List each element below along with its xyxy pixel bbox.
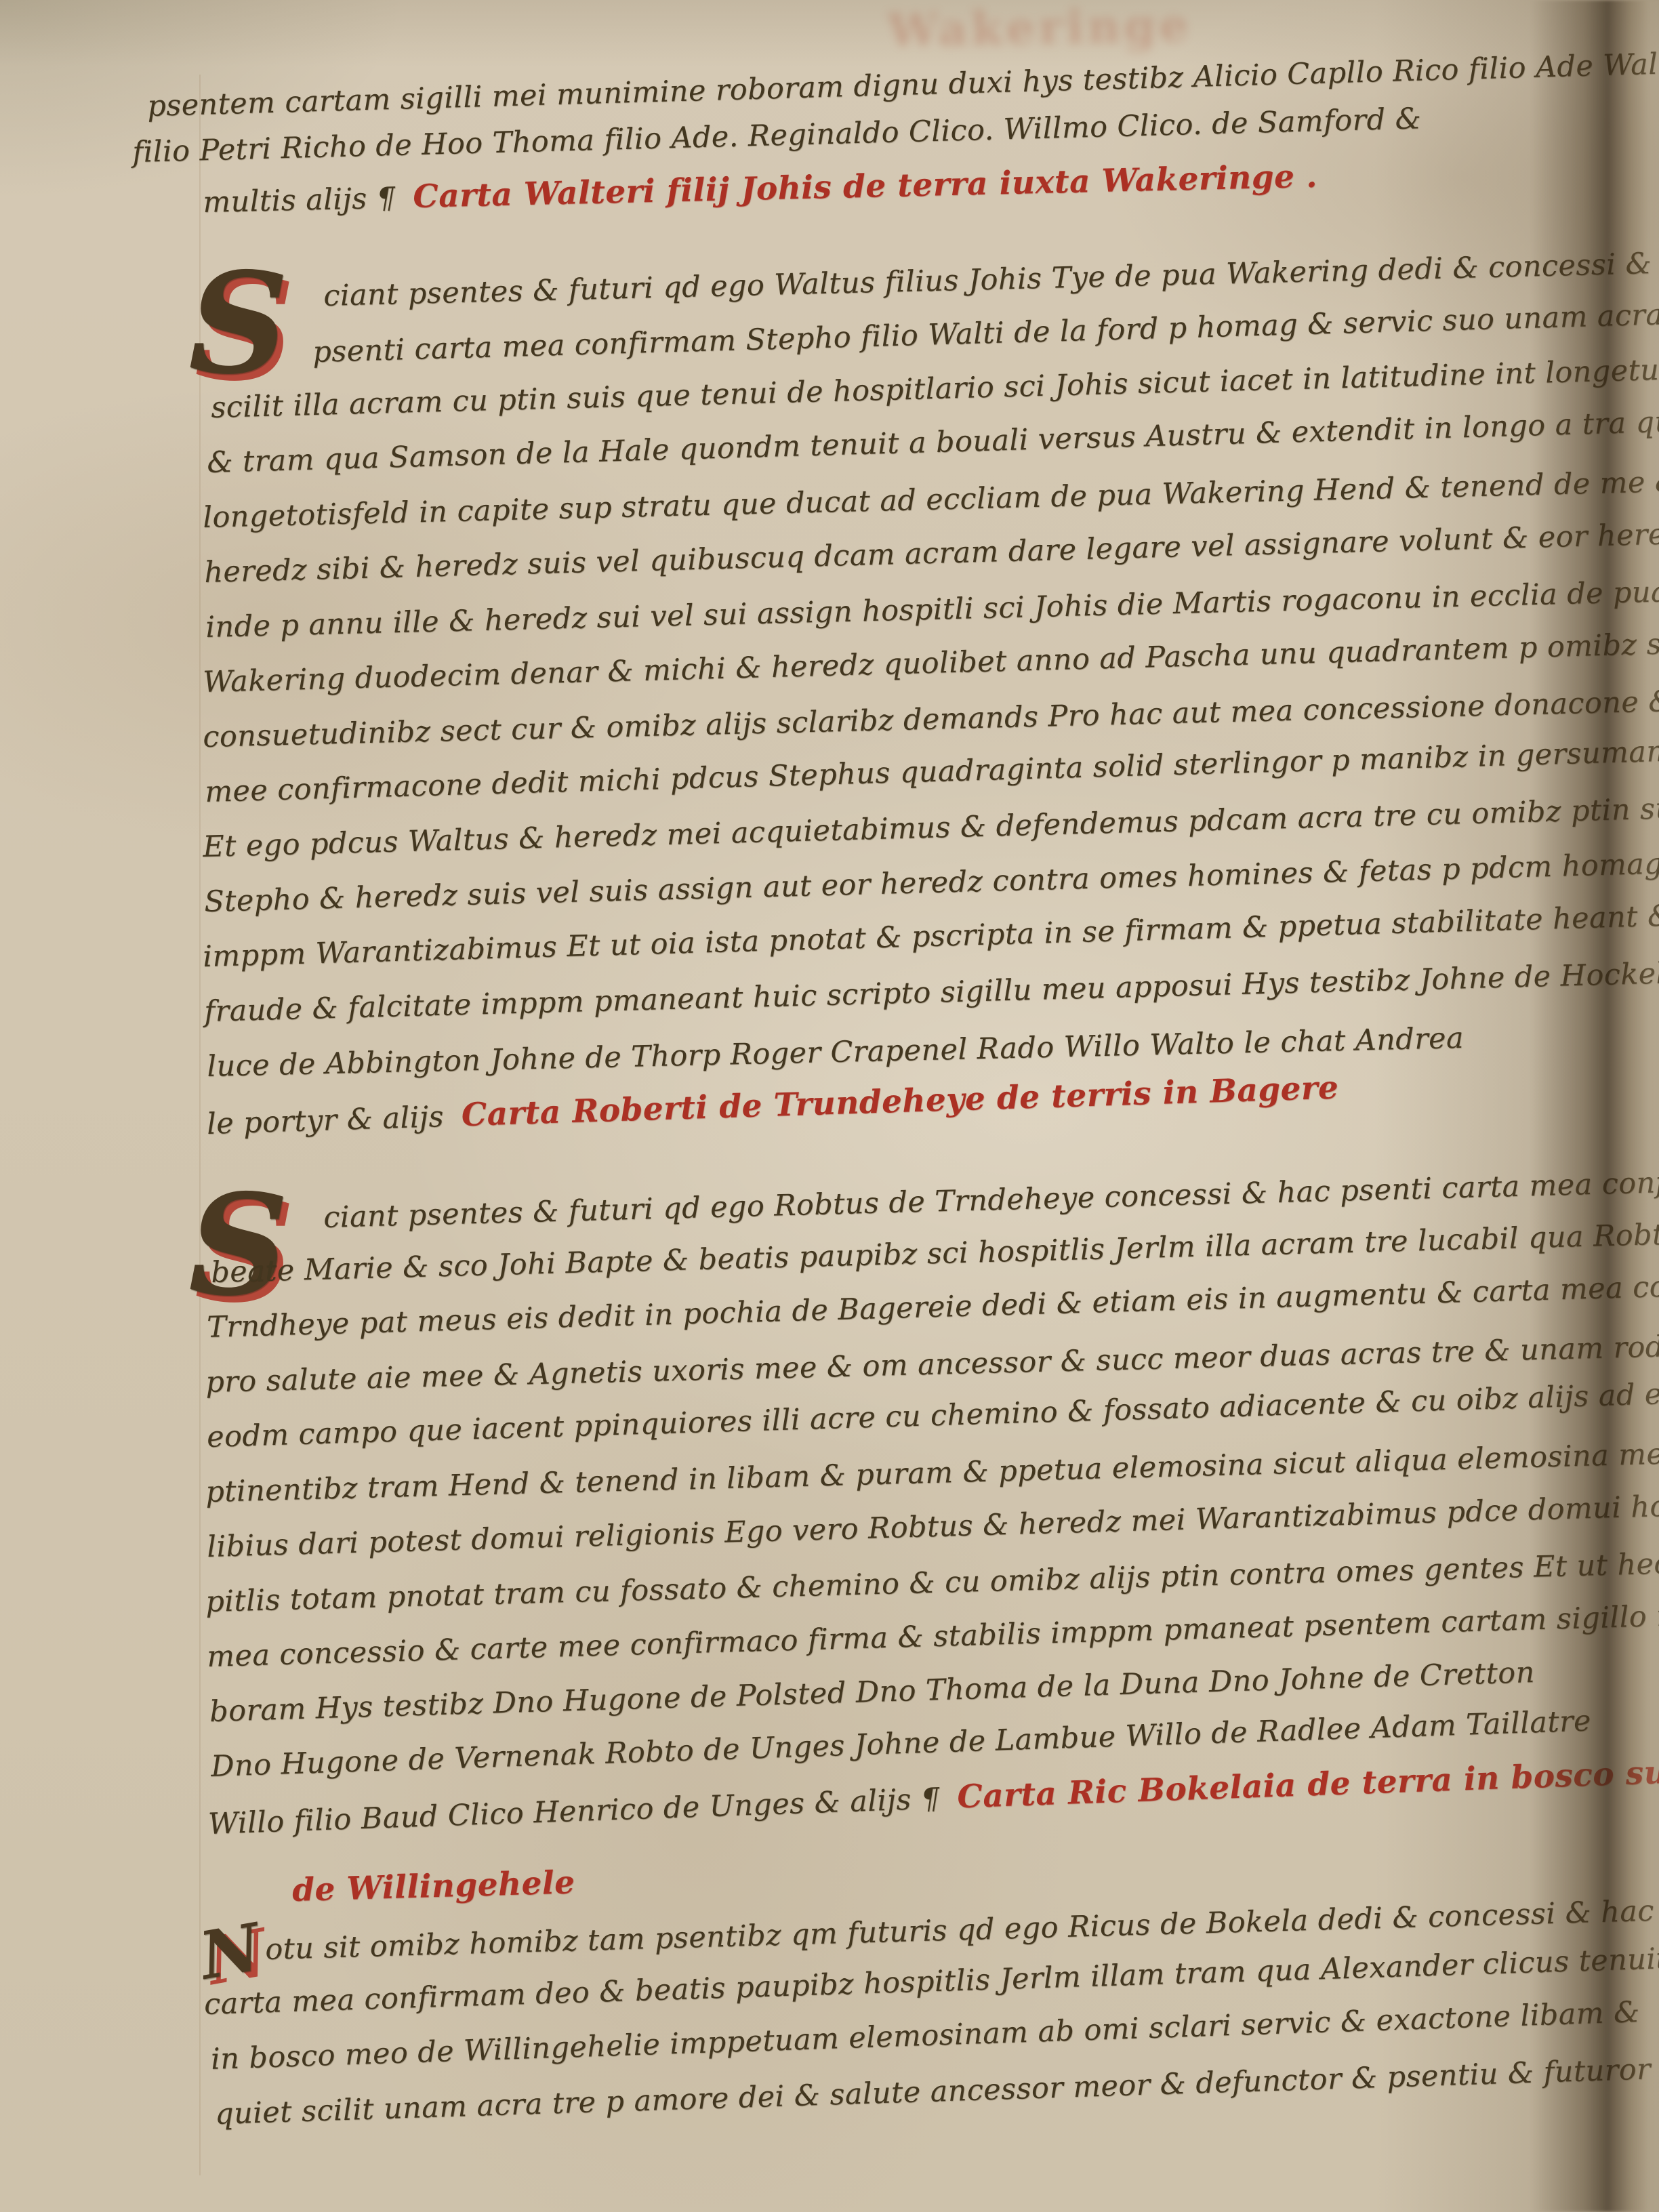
paraph-initial-N: N N — [197, 1921, 264, 1983]
show-through-rubric: Wakeringe — [887, 0, 1192, 57]
page-fold-crease — [1530, 0, 1659, 2212]
line-text: multis alijs ¶ — [203, 182, 396, 220]
decorated-initial-S: S S — [188, 268, 289, 380]
rubric-text: Carta Roberti de Trundeheye de terris in… — [461, 1069, 1339, 1134]
initial-letter: S — [188, 1164, 289, 1327]
text-line: le portyr & alijsCarta Roberti de Trunde… — [206, 1069, 1339, 1142]
rubric-text: Carta Walteri filij Johis de terra iuxta… — [413, 158, 1318, 216]
manuscript-page-photo: Wakeringe psentem cartam sigilli mei mun… — [0, 0, 1659, 2212]
rubric-text: de Willingehele — [291, 1864, 575, 1909]
text-line: de Willingehele — [291, 1864, 575, 1909]
initial-letter: S — [188, 243, 289, 405]
line-text: le portyr & alijs — [206, 1100, 444, 1141]
line-text: Willo filio Baud Clico Henrico de Unges … — [207, 1782, 940, 1841]
initial-letter: N — [194, 1908, 266, 1994]
